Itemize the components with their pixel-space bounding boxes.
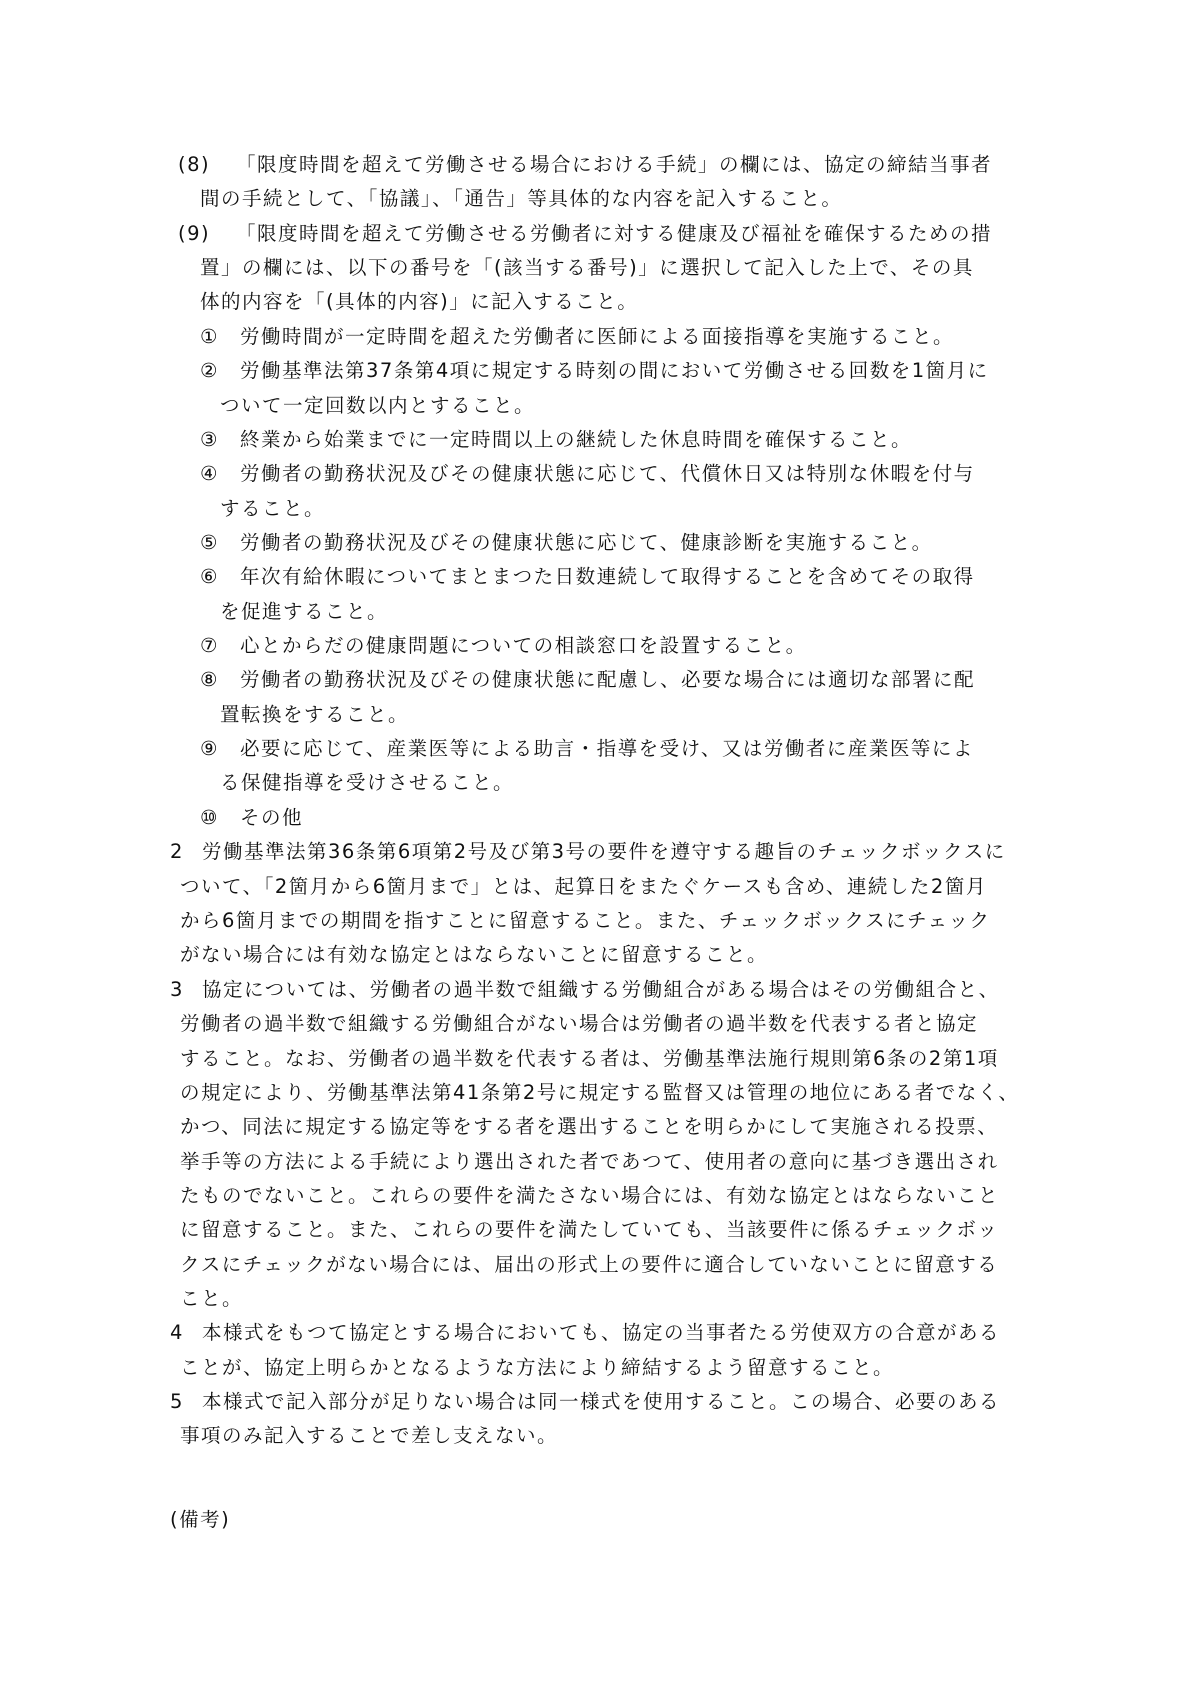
item-9-label: (9) <box>178 221 236 247</box>
option-7: ⑦心とからだの健康問題についての相談窓口を設置すること。 <box>200 633 807 659</box>
section-2-line-4: がない場合には有効な協定とはならないことに留意すること。 <box>180 942 768 968</box>
section-3-line-5: かつ、同法に規定する協定等をする者を選出することを明らかにして実施される投票、 <box>180 1114 998 1140</box>
option-4: ④労働者の勤務状況及びその健康状態に応じて、代償休日又は特別な休暇を付与 <box>200 461 975 487</box>
section-2-line-2: ついて、「2箇月から6箇月まで」とは、起算日をまたぐケースも含め、連続した2箇月 <box>180 874 987 900</box>
section-5-label: 5 <box>170 1389 202 1415</box>
option-9-cont: る保健指導を受けさせること。 <box>220 770 514 796</box>
section-3-line-4: の規定により、労働基準法第41条第2号に規定する監督又は管理の地位にある者でなく… <box>180 1080 1019 1106</box>
item-9-line-2: 置」の欄には、以下の番号を「(該当する番号)」に選択して記入した上で、その具 <box>200 255 974 281</box>
section-4-line-2: ことが、協定上明らかとなるような方法により締結するよう留意すること。 <box>180 1355 894 1381</box>
option-10: ⑩その他 <box>200 805 303 831</box>
item-8-line-1: (8)「限度時間を超えて労働させる場合における手続」の欄には、協定の締結当事者 <box>178 152 992 178</box>
option-7-marker: ⑦ <box>200 633 240 659</box>
item-9-line-3: 体的内容を「(具体的内容)」に記入すること。 <box>200 289 638 315</box>
option-6: ⑥年次有給休暇についてまとまつた日数連続して取得することを含めてその取得 <box>200 564 975 590</box>
option-4-marker: ④ <box>200 461 240 487</box>
option-9: ⑨必要に応じて、産業医等による助言・指導を受け、又は労働者に産業医等によ <box>200 736 974 762</box>
section-5-line-2: 事項のみ記入することで差し支えない。 <box>180 1423 558 1449</box>
item-9-line-1: (9)「限度時間を超えて労働させる労働者に対する健康及び福祉を確保するための措 <box>178 221 992 247</box>
section-3-line-3: すること。なお、労働者の過半数を代表する者は、労働基準法施行規則第6条の2第1項 <box>180 1046 999 1072</box>
section-2-line-1: 2労働基準法第36条第6項第2号及び第3号の要件を遵守する趣旨のチェックボックス… <box>170 839 1006 865</box>
option-6-cont: を促進すること。 <box>220 599 388 625</box>
option-1: ①労働時間が一定時間を超えた労働者に医師による面接指導を実施すること。 <box>200 324 954 350</box>
option-3-marker: ③ <box>200 427 240 453</box>
option-8-cont: 置転換をすること。 <box>220 702 409 728</box>
option-8-marker: ⑧ <box>200 667 240 693</box>
section-3-line-9: クスにチェックがない場合には、届出の形式上の要件に適合していないことに留意する <box>180 1252 998 1278</box>
section-2-label: 2 <box>170 839 202 865</box>
option-5-marker: ⑤ <box>200 530 240 556</box>
option-3: ③終業から始業までに一定時間以上の継続した休息時間を確保すること。 <box>200 427 912 453</box>
option-5: ⑤労働者の勤務状況及びその健康状態に応じて、健康診断を実施すること。 <box>200 530 933 556</box>
option-2-cont: ついて一定回数以内とすること。 <box>220 393 535 419</box>
option-2: ②労働基準法第37条第4項に規定する時刻の間において労働させる回数を1箇月に <box>200 358 989 384</box>
remarks-heading: (備考) <box>170 1507 230 1533</box>
section-3-line-2: 労働者の過半数で組織する労働組合がない場合は労働者の過半数を代表する者と協定 <box>180 1011 978 1037</box>
section-3-line-8: に留意すること。また、これらの要件を満たしていても、当該要件に係るチェックボッ <box>180 1217 998 1243</box>
section-3-line-1: 3協定については、労働者の過半数で組織する労働組合がある場合はその労働組合と、 <box>170 977 1000 1003</box>
section-3-line-6: 挙手等の方法による手続により選出された者であつて、使用者の意向に基づき選出され <box>180 1149 999 1175</box>
option-10-marker: ⑩ <box>200 805 240 831</box>
item-8-label: (8) <box>178 152 236 178</box>
option-8: ⑧労働者の勤務状況及びその健康状態に配慮し、必要な場合には適切な部署に配 <box>200 667 975 693</box>
section-3-line-10: こと。 <box>180 1286 243 1312</box>
section-3-line-7: たものでないこと。これらの要件を満たさない場合には、有効な協定とはならないこと <box>180 1183 999 1209</box>
option-9-marker: ⑨ <box>200 736 240 762</box>
option-6-marker: ⑥ <box>200 564 240 590</box>
document-page: (8)「限度時間を超えて労働させる場合における手続」の欄には、協定の締結当事者 … <box>0 0 1181 1695</box>
section-4-line-1: 4本様式をもつて協定とする場合においても、協定の当事者たる労使双方の合意がある <box>170 1320 1000 1346</box>
section-4-label: 4 <box>170 1320 202 1346</box>
section-5-line-1: 5本様式で記入部分が足りない場合は同一様式を使用すること。この場合、必要のある <box>170 1389 1000 1415</box>
item-8-line-2: 間の手続として、「協議」、「通告」等具体的な内容を記入すること。 <box>200 186 842 212</box>
option-2-marker: ② <box>200 358 240 384</box>
option-4-cont: すること。 <box>220 496 325 522</box>
option-1-marker: ① <box>200 324 240 350</box>
section-3-label: 3 <box>170 977 202 1003</box>
section-2-line-3: から6箇月までの期間を指すことに留意すること。また、チェックボックスにチェック <box>180 908 991 934</box>
